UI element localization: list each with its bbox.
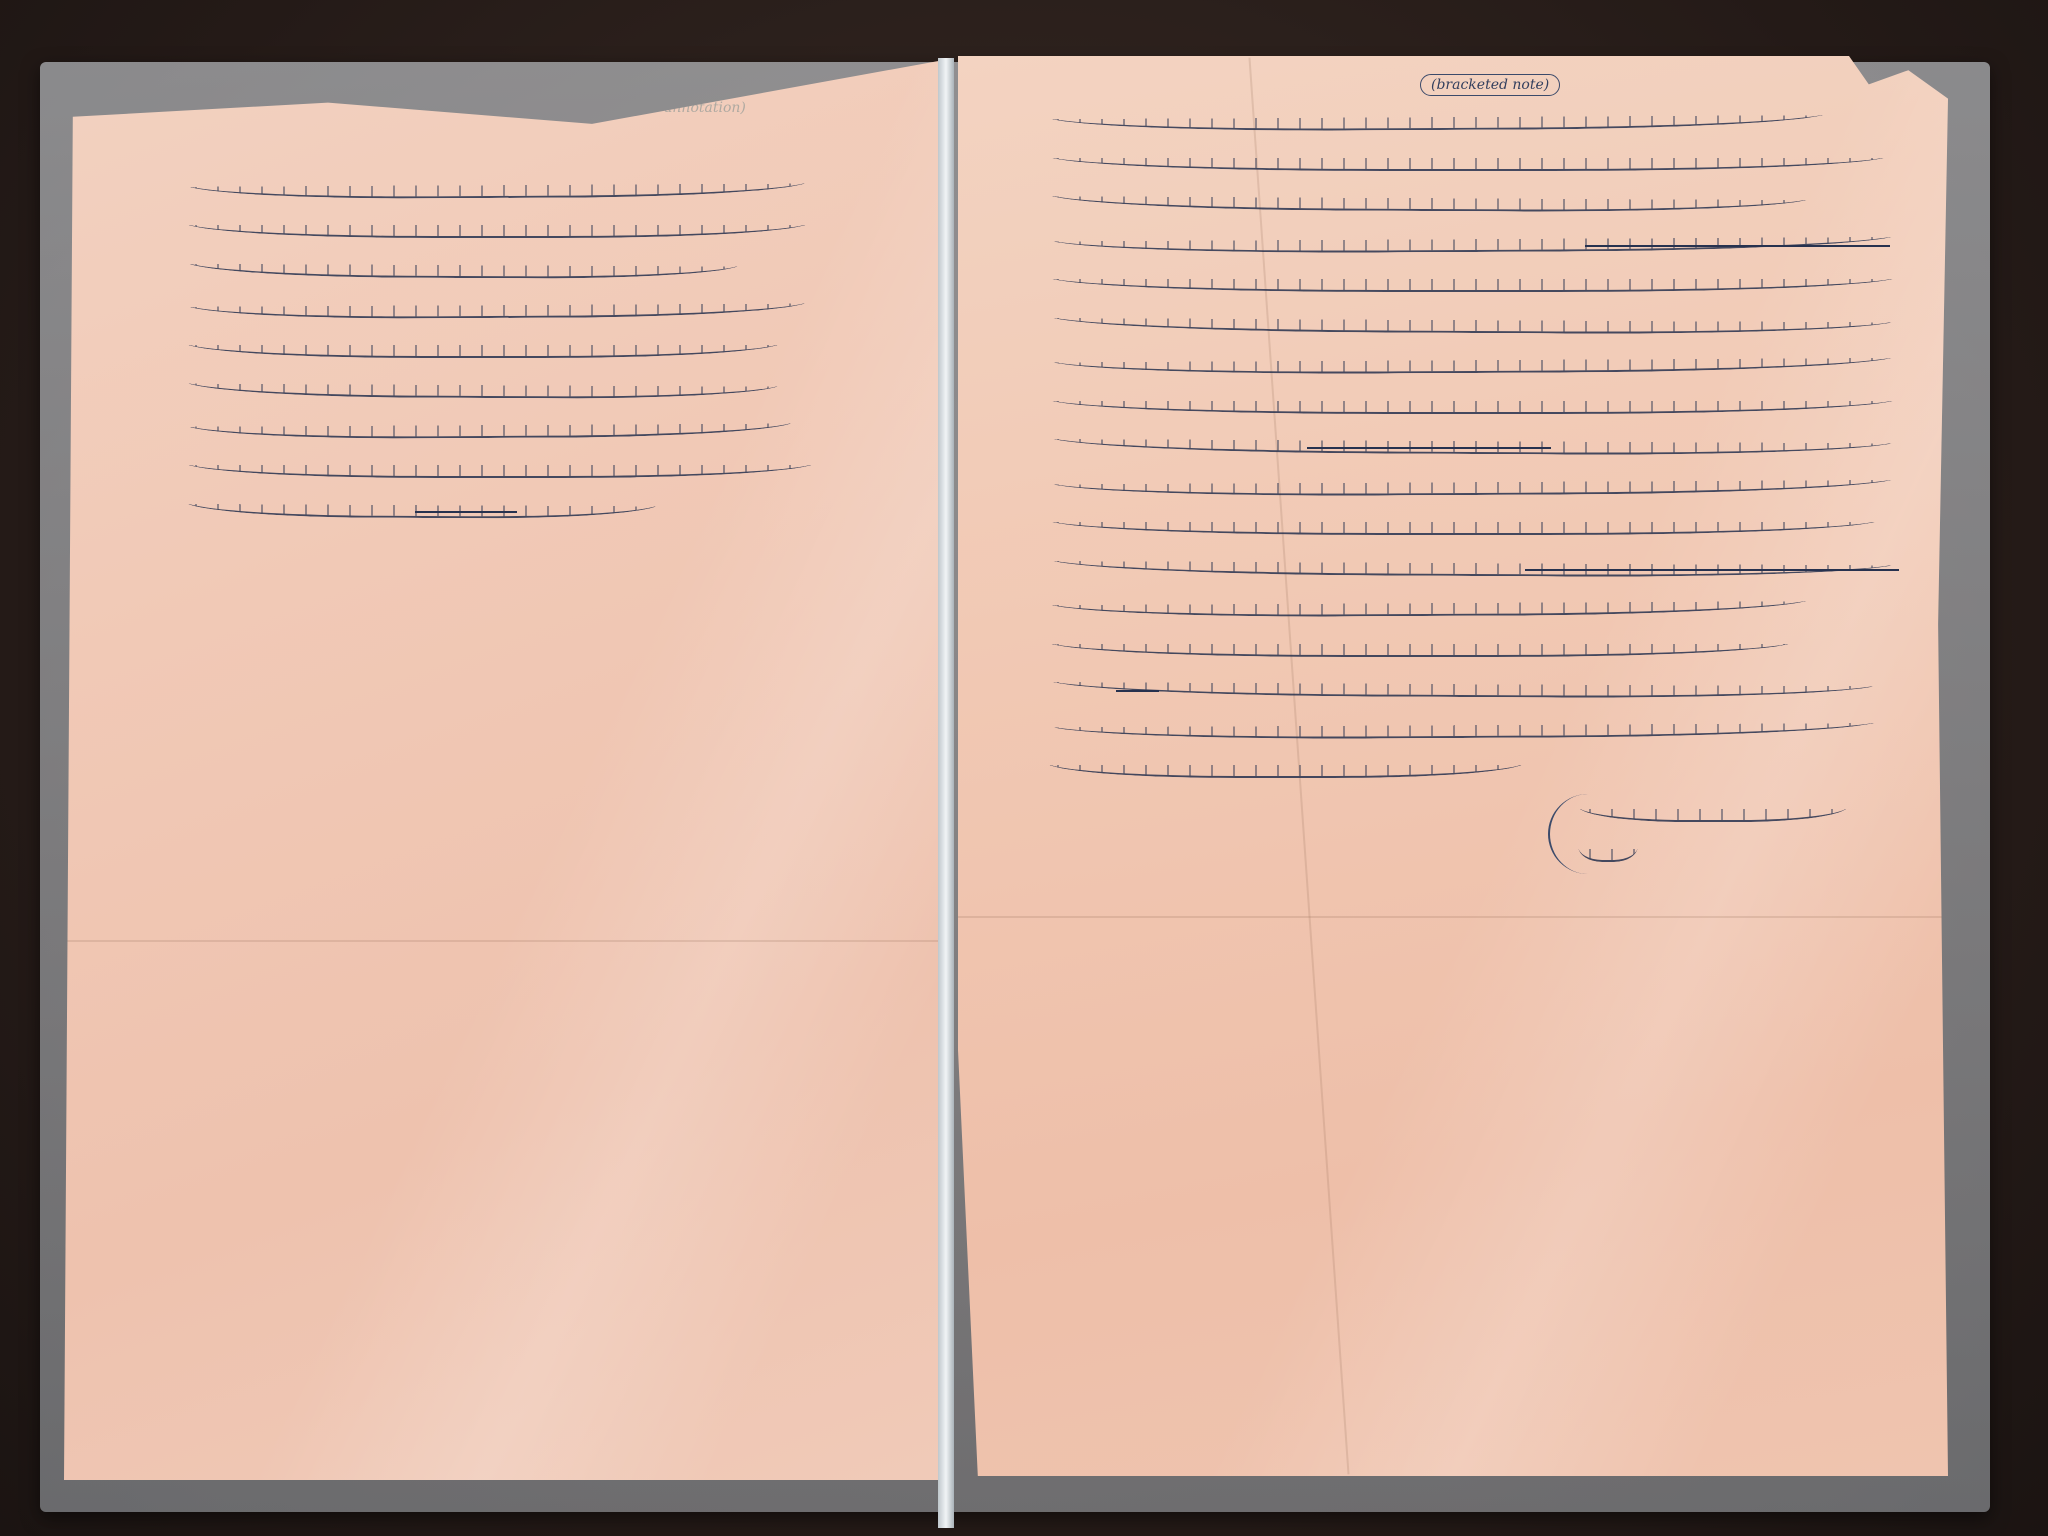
ink-stroke: [1046, 112, 1829, 132]
handwritten-line: [184, 450, 864, 490]
ink-stroke: [184, 300, 810, 319]
ink-stroke: [1046, 315, 1899, 335]
ink-stroke: [1046, 398, 1899, 414]
paper-crease: [64, 940, 944, 942]
strikethrough-correction: [1585, 245, 1890, 247]
signature-line: [1578, 834, 1898, 874]
ink-stroke: [184, 380, 782, 399]
handwritten-line: [1046, 224, 1916, 265]
ink-stroke: [1046, 679, 1881, 699]
ink-stroke: [1046, 355, 1899, 375]
handwritten-line: [184, 250, 864, 290]
right-manuscript-page: (bracketed note): [958, 56, 1948, 1476]
strikethrough-correction: [1307, 447, 1551, 449]
handwritten-line: [184, 330, 864, 370]
handwritten-line: [184, 170, 864, 210]
ink-stroke: [1046, 519, 1881, 535]
handwritten-line: [1046, 750, 1916, 791]
handwritten-line: [1046, 629, 1916, 670]
folder-spine: [938, 58, 954, 1528]
ink-stroke: [1046, 477, 1899, 497]
handwritten-line: [184, 490, 864, 530]
paper-crease: [958, 916, 1948, 918]
handwritten-line: [1046, 588, 1916, 629]
strikethrough-correction: [1116, 690, 1160, 692]
signature-line: [1578, 794, 1898, 834]
left-manuscript-page: (faint pencil annotation): [64, 60, 944, 1480]
ink-stroke: [184, 180, 810, 199]
ink-stroke: [1578, 806, 1848, 822]
handwritten-line: [184, 210, 864, 250]
ink-stroke: [1046, 193, 1812, 213]
handwritten-line: [1046, 548, 1916, 589]
strikethrough-correction: [1525, 569, 1899, 571]
handwritten-line: [1046, 264, 1916, 305]
handwritten-line: [1046, 710, 1916, 751]
heading-bracket-note: (bracketed note): [1420, 74, 1560, 96]
handwritten-line: [1046, 345, 1916, 386]
handwritten-text-block: [184, 170, 864, 530]
ink-stroke: [1046, 641, 1794, 657]
ink-stroke: [184, 222, 810, 238]
handwritten-line: [1046, 183, 1916, 224]
ink-stroke: [1046, 598, 1812, 618]
ink-stroke: [184, 462, 816, 478]
ink-stroke: [1046, 720, 1881, 740]
handwritten-line: [184, 410, 864, 450]
handwritten-line: [184, 290, 864, 330]
handwritten-line: [184, 370, 864, 410]
ink-stroke: [1578, 846, 1638, 862]
handwritten-line: [1046, 143, 1916, 184]
handwritten-line: [1046, 102, 1916, 143]
handwritten-line: [1046, 467, 1916, 508]
handwritten-text-block: [1046, 102, 1916, 791]
ink-stroke: [1046, 762, 1525, 778]
handwritten-line: [1046, 305, 1916, 346]
signature-block: [1548, 794, 1898, 874]
ink-stroke: [184, 261, 742, 280]
handwritten-line: [1046, 426, 1916, 467]
ink-stroke: [184, 342, 782, 358]
ink-stroke: [184, 420, 796, 439]
strikethrough-correction: [415, 511, 517, 513]
ink-stroke: [1046, 155, 1890, 171]
handwritten-line: [1046, 386, 1916, 427]
handwritten-line: [1046, 669, 1916, 710]
ink-stroke: [1046, 276, 1899, 292]
handwritten-line: [1046, 507, 1916, 548]
